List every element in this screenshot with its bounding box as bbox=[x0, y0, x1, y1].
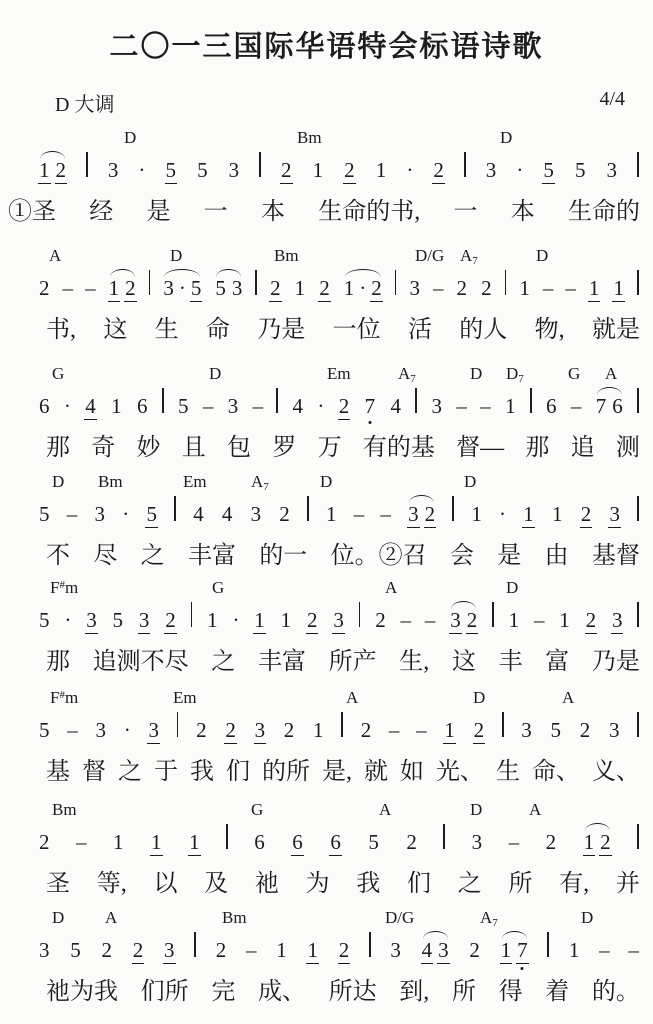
note: 6 bbox=[291, 832, 304, 856]
notation-row: 5–3·3223212––123523 bbox=[0, 712, 653, 744]
note: 1 bbox=[312, 160, 325, 181]
note: 1 bbox=[583, 832, 596, 856]
chord-label: A7 bbox=[251, 472, 269, 493]
note: 2 bbox=[343, 160, 356, 184]
lyric-segment: 们 bbox=[226, 758, 250, 787]
lyric-segment: 会 bbox=[450, 542, 474, 571]
note: 2 bbox=[195, 720, 208, 741]
note: 1 bbox=[280, 610, 293, 631]
barline bbox=[174, 496, 176, 521]
chord-label: D bbox=[473, 688, 485, 708]
lyric-segment: 着 bbox=[545, 978, 569, 1007]
note: 3 bbox=[408, 278, 421, 299]
lyrics-row: 书,这生命乃是一位活的人物,就是 bbox=[0, 316, 653, 345]
note: 3 bbox=[162, 278, 175, 299]
notation-row: 123·5532121·23·553 bbox=[0, 152, 653, 184]
duration-dash: – bbox=[380, 504, 391, 525]
lyric-segment: 那 bbox=[46, 434, 70, 463]
chord-label: A bbox=[562, 688, 574, 708]
note: 1 bbox=[612, 278, 625, 302]
note: 5 bbox=[574, 160, 587, 181]
chord-label: D/G bbox=[385, 908, 414, 928]
note: 3 bbox=[254, 720, 267, 744]
note: 1 bbox=[110, 396, 123, 417]
note: 5 bbox=[38, 720, 51, 741]
barline bbox=[505, 270, 507, 295]
note: 2 bbox=[338, 396, 351, 420]
lyric-segment: 本 bbox=[261, 198, 285, 227]
lyric-segment: 之 bbox=[118, 758, 142, 787]
chord-label: Em bbox=[173, 688, 197, 708]
lyric-segment: 生 bbox=[496, 758, 520, 787]
note: 3 bbox=[94, 720, 107, 741]
lyric-segment: 丰 bbox=[499, 648, 523, 677]
system-3: GDEmA7DD7GA6·4165–3–4·2743––16–76那奇妙且包罗万… bbox=[0, 364, 653, 463]
lyric-segment: 尽 bbox=[93, 542, 117, 571]
duration-dash: – bbox=[480, 396, 491, 417]
barline bbox=[492, 602, 494, 627]
lyric-segment: 物, bbox=[535, 316, 565, 345]
note: 5 bbox=[177, 396, 190, 417]
key-signature-label: D 大调 bbox=[55, 88, 114, 117]
barline bbox=[530, 388, 532, 413]
barline bbox=[547, 932, 549, 957]
note: 3 bbox=[606, 160, 619, 181]
note: 5 bbox=[367, 832, 380, 853]
chord-label: A7 bbox=[480, 908, 498, 929]
duration-dash: – bbox=[253, 396, 264, 417]
barline bbox=[341, 712, 343, 737]
barline bbox=[191, 602, 193, 627]
chord-label: Bm bbox=[274, 246, 299, 266]
meta-row: D 大调 4/4 bbox=[55, 88, 625, 117]
lyric-segment: 追 bbox=[571, 434, 595, 463]
system-5: F#mGAD5·35321·11232––321–123那追测不尽之丰富所产生,… bbox=[0, 578, 653, 677]
lyric-segment: 祂 bbox=[255, 870, 279, 899]
lyric-segment: 督— bbox=[456, 434, 504, 463]
lyric-segment: 为 bbox=[306, 870, 330, 899]
note: 5 bbox=[550, 720, 563, 741]
chord-row: ADBmD/GA7D bbox=[0, 246, 653, 270]
notation-row: 5·35321·11232––321–123 bbox=[0, 602, 653, 634]
sheet-music-page: 二〇一三国际华语特会标语诗歌 D 大调 4/4 DBmD123·5532121·… bbox=[0, 0, 653, 1024]
chord-label: G bbox=[568, 364, 580, 384]
note: 6 bbox=[545, 396, 558, 417]
lyric-segment: 罗 bbox=[272, 434, 296, 463]
duration-dash: – bbox=[76, 832, 87, 853]
notation-row: 2––123·5532121·23–221––11 bbox=[0, 270, 653, 302]
barline bbox=[162, 388, 164, 413]
lyric-segment: 所 bbox=[452, 978, 476, 1007]
duration-dash: – bbox=[67, 504, 78, 525]
lyric-segment: 那 bbox=[46, 648, 70, 677]
duration-dash: – bbox=[425, 610, 436, 631]
lyric-segment: 书, bbox=[46, 316, 76, 345]
lyric-segment: 包 bbox=[227, 434, 251, 463]
chord-label: D bbox=[536, 246, 548, 266]
lyrics-row: ①圣经是一本生命的书,一本生命的 bbox=[0, 198, 653, 227]
note: 3 bbox=[485, 160, 498, 181]
chord-label: D bbox=[506, 578, 518, 598]
note: 2 bbox=[278, 504, 291, 525]
note: 7 bbox=[364, 396, 377, 417]
lyric-segment: 这 bbox=[103, 316, 127, 345]
chord-label: G bbox=[212, 578, 224, 598]
lyric-segment: 我 bbox=[356, 870, 380, 899]
note: 4 bbox=[292, 396, 305, 417]
barline bbox=[226, 824, 228, 849]
lyric-segment: 有的基 bbox=[363, 434, 435, 463]
duration-dot: · bbox=[179, 278, 186, 299]
note: 4 bbox=[421, 940, 434, 964]
note: 1 bbox=[312, 720, 325, 741]
duration-dot: · bbox=[406, 160, 413, 181]
lyric-segment: 由 bbox=[545, 542, 569, 571]
duration-dash: – bbox=[401, 610, 412, 631]
note: 4 bbox=[192, 504, 205, 525]
note: 3 bbox=[231, 278, 244, 299]
note: 5 bbox=[112, 610, 125, 631]
note: 1 bbox=[443, 720, 456, 744]
lyric-segment: 生命的 bbox=[568, 198, 640, 227]
lyric-segment: 奇 bbox=[91, 434, 115, 463]
note: 4 bbox=[221, 504, 234, 525]
note: 6 bbox=[38, 396, 51, 417]
note: 3 bbox=[163, 940, 176, 964]
duration-dot: · bbox=[122, 504, 129, 525]
duration-dash: – bbox=[389, 720, 400, 741]
barline bbox=[637, 152, 639, 177]
chord-label: A bbox=[605, 364, 617, 384]
duration-dash: – bbox=[599, 940, 610, 961]
chord-label: Em bbox=[183, 472, 207, 492]
barline bbox=[637, 388, 639, 413]
note: 3 bbox=[85, 610, 98, 634]
note: 3 bbox=[107, 160, 120, 181]
note: 3 bbox=[407, 504, 420, 528]
note: 1 bbox=[306, 940, 319, 964]
lyric-segment: 那 bbox=[525, 434, 549, 463]
note: 1 bbox=[375, 160, 388, 181]
duration-dash: – bbox=[565, 278, 576, 299]
note: 2 bbox=[215, 940, 228, 961]
barline bbox=[395, 270, 397, 295]
system-4: DBmEmA7DD5–3·544321––321·1123不尽之丰富的一位。②召… bbox=[0, 472, 653, 571]
note: 1 bbox=[558, 610, 571, 631]
duration-dash: – bbox=[543, 278, 554, 299]
duration-dot: · bbox=[64, 610, 71, 631]
lyric-segment: 及 bbox=[204, 870, 228, 899]
lyric-segment: 督 bbox=[82, 758, 106, 787]
chord-label: F#m bbox=[50, 578, 78, 598]
chord-label: Em bbox=[327, 364, 351, 384]
note: 2 bbox=[132, 940, 145, 964]
barline bbox=[149, 270, 151, 295]
lyric-segment: 是 bbox=[497, 542, 521, 571]
note: 5 bbox=[190, 278, 203, 302]
lyric-segment: 成、 bbox=[258, 978, 306, 1007]
lyric-segment: 经 bbox=[89, 198, 113, 227]
barline bbox=[369, 932, 371, 957]
note: 1 bbox=[518, 278, 531, 299]
lyric-segment: 丰富 bbox=[258, 648, 306, 677]
duration-dash: – bbox=[433, 278, 444, 299]
note: 5 bbox=[165, 160, 178, 184]
lyric-segment: 生, bbox=[399, 648, 429, 677]
note: 2 bbox=[55, 160, 68, 184]
system-8: DABmD/GA7D352232–1123432171––祂为我们所完成、所达到… bbox=[0, 908, 653, 1007]
lyric-segment: 有, bbox=[559, 870, 589, 899]
lyric-segment: 于 bbox=[154, 758, 178, 787]
barline bbox=[255, 270, 257, 295]
chord-row: DBmD bbox=[0, 128, 653, 152]
lyric-segment: 就是 bbox=[592, 316, 640, 345]
note: 5 bbox=[542, 160, 555, 184]
chord-label: G bbox=[52, 364, 64, 384]
chord-label: D bbox=[209, 364, 221, 384]
note: 3 bbox=[228, 160, 241, 181]
chord-row: DABmD/GA7D bbox=[0, 908, 653, 932]
lyric-segment: 不 bbox=[46, 542, 70, 571]
system-6: F#mEmADA5–3·3223212––123523基督之于我们的所是,就如光… bbox=[0, 688, 653, 787]
system-2: ADBmD/GA7D2––123·5532121·23–221––11书,这生命… bbox=[0, 246, 653, 345]
system-7: BmGADA2–111666523–212圣等,以及祂为我们之所有,并 bbox=[0, 800, 653, 899]
chord-label: A bbox=[105, 908, 117, 928]
note: 6 bbox=[136, 396, 149, 417]
note: 2 bbox=[432, 160, 445, 184]
lyrics-row: 基督之于我们的所是,就如光、生命、义、 bbox=[0, 758, 653, 787]
chord-label: D/G bbox=[415, 246, 444, 266]
note: 3 bbox=[93, 504, 106, 525]
slur-group: 43 bbox=[421, 940, 450, 964]
lyric-segment: 命 bbox=[206, 316, 230, 345]
lyric-segment: 祂为我 bbox=[46, 978, 118, 1007]
note: 6 bbox=[329, 832, 342, 856]
note: 3 bbox=[38, 940, 51, 961]
lyric-segment: 得 bbox=[499, 978, 523, 1007]
note: 1 bbox=[504, 396, 517, 417]
lyric-segment: 一 bbox=[454, 198, 478, 227]
note: 1 bbox=[500, 940, 513, 964]
lyrics-row: 那追测不尽之丰富所产生,这丰富乃是 bbox=[0, 648, 653, 677]
note: 2 bbox=[338, 940, 351, 964]
duration-dot: · bbox=[138, 160, 145, 181]
barline bbox=[276, 388, 278, 413]
slur-group: 32 bbox=[449, 610, 478, 634]
duration-dash: – bbox=[354, 504, 365, 525]
chord-label: Bm bbox=[297, 128, 322, 148]
lyric-segment: 乃是 bbox=[257, 316, 305, 345]
chord-label: A bbox=[346, 688, 358, 708]
note: 1 bbox=[343, 278, 356, 299]
note: 2 bbox=[306, 610, 319, 634]
lyric-segment: 这 bbox=[452, 648, 476, 677]
note: 3 bbox=[437, 940, 450, 964]
note: 1 bbox=[108, 278, 121, 302]
lyric-segment: 富 bbox=[545, 648, 569, 677]
barline bbox=[637, 602, 639, 627]
notation-row: 352232–1123432171–– bbox=[0, 932, 653, 964]
duration-dash: – bbox=[85, 278, 96, 299]
chord-row: DBmEmA7DD bbox=[0, 472, 653, 496]
note: 5 bbox=[214, 278, 227, 299]
lyric-segment: 一 bbox=[204, 198, 228, 227]
chord-label: D bbox=[52, 472, 64, 492]
note: 1 bbox=[470, 504, 483, 525]
barline bbox=[86, 152, 88, 177]
chord-label: D bbox=[124, 128, 136, 148]
note: 2 bbox=[269, 278, 282, 302]
duration-dot: · bbox=[64, 396, 71, 417]
note: 3 bbox=[449, 610, 462, 634]
lyrics-row: 不尽之丰富的一位。②召会是由基督 bbox=[0, 542, 653, 571]
lyric-segment: 追测不尽 bbox=[93, 648, 189, 677]
note: 5 bbox=[145, 504, 158, 528]
chord-label: D bbox=[464, 472, 476, 492]
duration-dash: – bbox=[63, 278, 74, 299]
note: 2 bbox=[545, 832, 558, 853]
note: 5 bbox=[196, 160, 209, 181]
lyric-segment: 所产 bbox=[329, 648, 377, 677]
slur-group: 12 bbox=[108, 278, 137, 302]
lyric-segment: 义、 bbox=[592, 758, 640, 787]
barline bbox=[637, 270, 639, 295]
barline bbox=[194, 932, 196, 957]
note: 2 bbox=[456, 278, 469, 299]
note: 2 bbox=[101, 940, 114, 961]
barline bbox=[464, 152, 466, 177]
chord-label: D7 bbox=[506, 364, 524, 385]
note: 2 bbox=[480, 278, 493, 299]
duration-dot: · bbox=[359, 278, 366, 299]
lyric-segment: 且 bbox=[182, 434, 206, 463]
lyric-segment: 之 bbox=[141, 542, 165, 571]
duration-dot: · bbox=[317, 396, 324, 417]
note: 5 bbox=[38, 504, 51, 525]
lyric-segment: 的人 bbox=[459, 316, 507, 345]
note: 3 bbox=[389, 940, 402, 961]
lyric-segment: 我 bbox=[190, 758, 214, 787]
lyric-segment: 所达 bbox=[329, 978, 377, 1007]
lyric-segment: 活 bbox=[408, 316, 432, 345]
lyric-segment: 生命的书, bbox=[318, 198, 420, 227]
lyric-segment: 是 bbox=[147, 198, 171, 227]
chord-label: Bm bbox=[52, 800, 77, 820]
duration-dash: – bbox=[456, 396, 467, 417]
duration-dash: – bbox=[67, 720, 78, 741]
slur-group: 3·5 bbox=[162, 278, 202, 302]
note: 3 bbox=[147, 720, 160, 744]
chord-label: A bbox=[379, 800, 391, 820]
duration-dot: · bbox=[516, 160, 523, 181]
barline bbox=[259, 152, 261, 177]
slur-group: 12 bbox=[38, 160, 67, 184]
note: 1 bbox=[522, 504, 535, 528]
chord-row: GDEmA7DD7GA bbox=[0, 364, 653, 388]
duration-dot: · bbox=[124, 720, 131, 741]
chord-row: F#mGAD bbox=[0, 578, 653, 602]
duration-dot: · bbox=[499, 504, 506, 525]
barline bbox=[452, 496, 454, 521]
lyric-segment: 的。 bbox=[592, 978, 640, 1007]
note: 2 bbox=[424, 504, 437, 528]
chord-label: A bbox=[49, 246, 61, 266]
note: 1 bbox=[150, 832, 163, 856]
lyric-segment: 到, bbox=[399, 978, 429, 1007]
lyric-segment: 如 bbox=[400, 758, 424, 787]
lyric-segment: 丰富 bbox=[188, 542, 236, 571]
slur-group: 1·2 bbox=[343, 278, 383, 302]
note: 2 bbox=[579, 720, 592, 741]
duration-dash: – bbox=[509, 832, 520, 853]
notation-row: 5–3·544321––321·1123 bbox=[0, 496, 653, 528]
note: 1 bbox=[508, 610, 521, 631]
note: 5 bbox=[69, 940, 82, 961]
lyrics-row: 圣等,以及祂为我们之所有,并 bbox=[0, 870, 653, 899]
note: 4 bbox=[84, 396, 97, 420]
time-signature: 4/4 bbox=[599, 88, 625, 117]
chord-label: D bbox=[470, 800, 482, 820]
notation-row: 2–111666523–212 bbox=[0, 824, 653, 856]
lyric-segment: 们 bbox=[407, 870, 431, 899]
note: 4 bbox=[390, 396, 403, 417]
chord-label: F#m bbox=[50, 688, 78, 708]
lyric-segment: 光、 bbox=[436, 758, 484, 787]
barline bbox=[637, 712, 639, 737]
duration-dash: – bbox=[246, 940, 257, 961]
barline bbox=[637, 824, 639, 849]
note: 2 bbox=[164, 610, 177, 634]
note: 1 bbox=[551, 504, 564, 525]
note: 2 bbox=[468, 940, 481, 961]
chord-label: D bbox=[52, 908, 64, 928]
note: 1 bbox=[253, 610, 266, 634]
barline bbox=[637, 496, 639, 521]
note: 3 bbox=[250, 504, 263, 525]
duration-dash: – bbox=[203, 396, 214, 417]
lyric-segment: 圣 bbox=[46, 870, 70, 899]
note: 1 bbox=[38, 160, 51, 184]
note: 6 bbox=[253, 832, 266, 853]
note: 2 bbox=[374, 610, 387, 631]
barline bbox=[307, 496, 309, 521]
duration-dash: – bbox=[628, 940, 639, 961]
lyric-segment: 之 bbox=[458, 870, 482, 899]
note: 2 bbox=[38, 278, 51, 299]
note: 1 bbox=[588, 278, 601, 302]
notation-row: 6·4165–3–4·2743––16–76 bbox=[0, 388, 653, 420]
slur-group: 76 bbox=[595, 396, 624, 417]
lyric-segment: 乃是 bbox=[592, 648, 640, 677]
chord-label: G bbox=[251, 800, 263, 820]
note: 3 bbox=[471, 832, 484, 853]
barline bbox=[502, 712, 504, 737]
system-1: DBmD123·5532121·23·553①圣经是一本生命的书,一本生命的 bbox=[0, 128, 653, 227]
slur-group: 32 bbox=[407, 504, 436, 528]
lyric-segment: 的一 bbox=[259, 542, 307, 571]
lyrics-row: 那奇妙且包罗万有的基督—那追测 bbox=[0, 434, 653, 463]
note: 2 bbox=[585, 610, 598, 634]
slur-group: 17 bbox=[500, 940, 529, 964]
note: 6 bbox=[611, 396, 624, 417]
note: 7 bbox=[595, 396, 608, 417]
barline bbox=[177, 712, 179, 737]
lyric-segment: 之 bbox=[211, 648, 235, 677]
lyrics-row: 祂为我们所完成、所达到,所得着的。 bbox=[0, 978, 653, 1007]
note: 2 bbox=[280, 160, 293, 184]
lyric-segment: 所 bbox=[508, 870, 532, 899]
chord-label: Bm bbox=[98, 472, 123, 492]
